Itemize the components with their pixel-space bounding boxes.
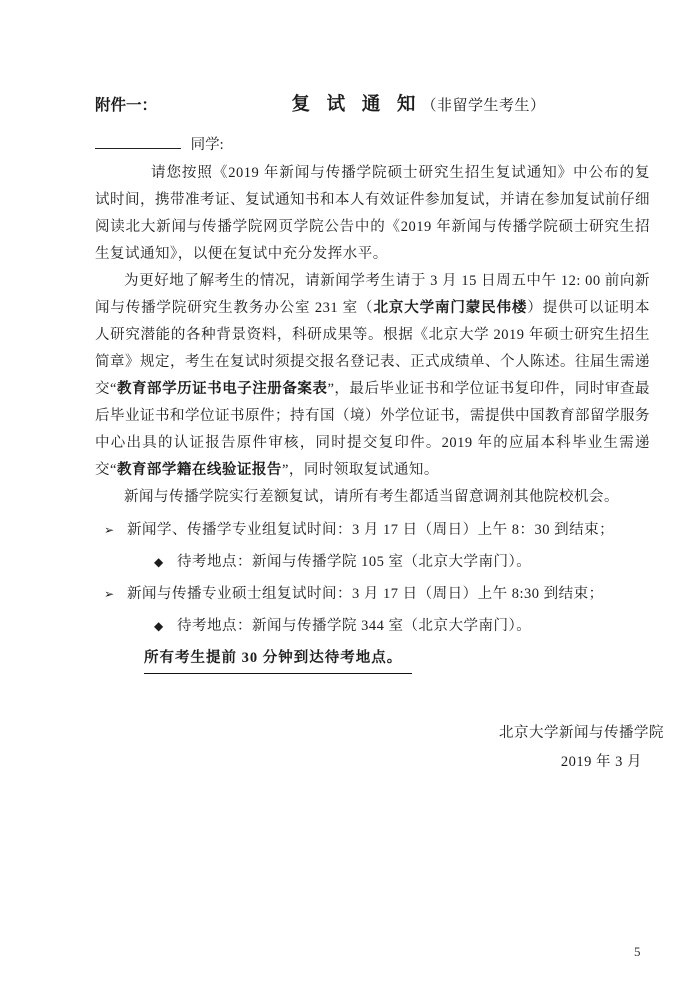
document-content: 附件一： 复 试 通 知（非留学生考生） 同学: 请您按照《2019 年新闻与传… <box>95 90 650 777</box>
salutation-line: 同学: <box>95 133 650 160</box>
bullet-text-professional-masters-group: 新闻与传播专业硕士组复试时间：3 月 17 日（周日）上午 8:30 到结束； <box>127 581 604 608</box>
diamond-bullet-icon: ◆ <box>154 613 177 640</box>
arrow-bullet-icon: ➢ <box>95 517 127 544</box>
arrival-notice-line: 所有考生提前 30 分钟到达待考地点。 <box>144 645 650 674</box>
paragraph-differential-notice: 新闻与传播学院实行差额复试，请所有考生都适当留意调剂其他院校机会。 <box>95 484 650 511</box>
page-number: 5 <box>634 944 641 960</box>
page-title-suffix: （非留学生考生） <box>421 98 545 114</box>
bullet-text-journalism-group: 新闻学、传播学专业组复试时间：3 月 17 日（周日）上午 8：30 到结束； <box>127 517 614 544</box>
arrival-notice-text: 所有考生提前 30 分钟到达待考地点。 <box>144 645 412 674</box>
document-page: 附件一： 复 试 通 知（非留学生考生） 同学: 请您按照《2019 年新闻与传… <box>0 0 700 990</box>
title-row: 附件一： 复 试 通 知（非留学生考生） <box>95 90 650 118</box>
paragraph-materials-requirements: 为更好地了解考生的情况，请新闻学考生请于 3 月 15 日周五中午 12: 00… <box>95 268 650 484</box>
attachment-label: 附件一： <box>95 93 157 115</box>
schedule-list: ➢ 新闻学、传播学专业组复试时间：3 月 17 日（周日）上午 8：30 到结束… <box>95 517 650 640</box>
list-item: ➢ 新闻学、传播学专业组复试时间：3 月 17 日（周日）上午 8：30 到结束… <box>95 517 650 544</box>
title-block: 复 试 通 知（非留学生考生） <box>187 90 650 116</box>
diamond-bullet-icon: ◆ <box>154 549 177 576</box>
salutation-label: 同学: <box>191 137 224 153</box>
paragraph-exam-instructions: 请您按照《2019 年新闻与传播学院硕士研究生招生复试通知》中公布的复试时间，携… <box>95 160 650 268</box>
bullet-text-waiting-room-105: 待考地点：新闻与传播学院 105 室（北京大学南门）。 <box>177 549 531 576</box>
name-blank-underline <box>95 133 181 149</box>
signature-organization: 北京大学新闻与传播学院 <box>95 720 664 747</box>
arrow-bullet-icon: ➢ <box>95 581 127 608</box>
signature-date: 2019 年 3 月 <box>95 747 642 777</box>
list-item: ◆ 待考地点：新闻与传播学院 344 室（北京大学南门）。 <box>95 613 650 640</box>
bullet-text-waiting-room-344: 待考地点：新闻与传播学院 344 室（北京大学南门）。 <box>177 613 531 640</box>
page-title: 复 试 通 知 <box>292 95 422 115</box>
list-item: ➢ 新闻与传播专业硕士组复试时间：3 月 17 日（周日）上午 8:30 到结束… <box>95 581 650 608</box>
signature-block: 北京大学新闻与传播学院 2019 年 3 月 <box>95 720 650 777</box>
list-item: ◆ 待考地点：新闻与传播学院 105 室（北京大学南门）。 <box>95 549 650 576</box>
